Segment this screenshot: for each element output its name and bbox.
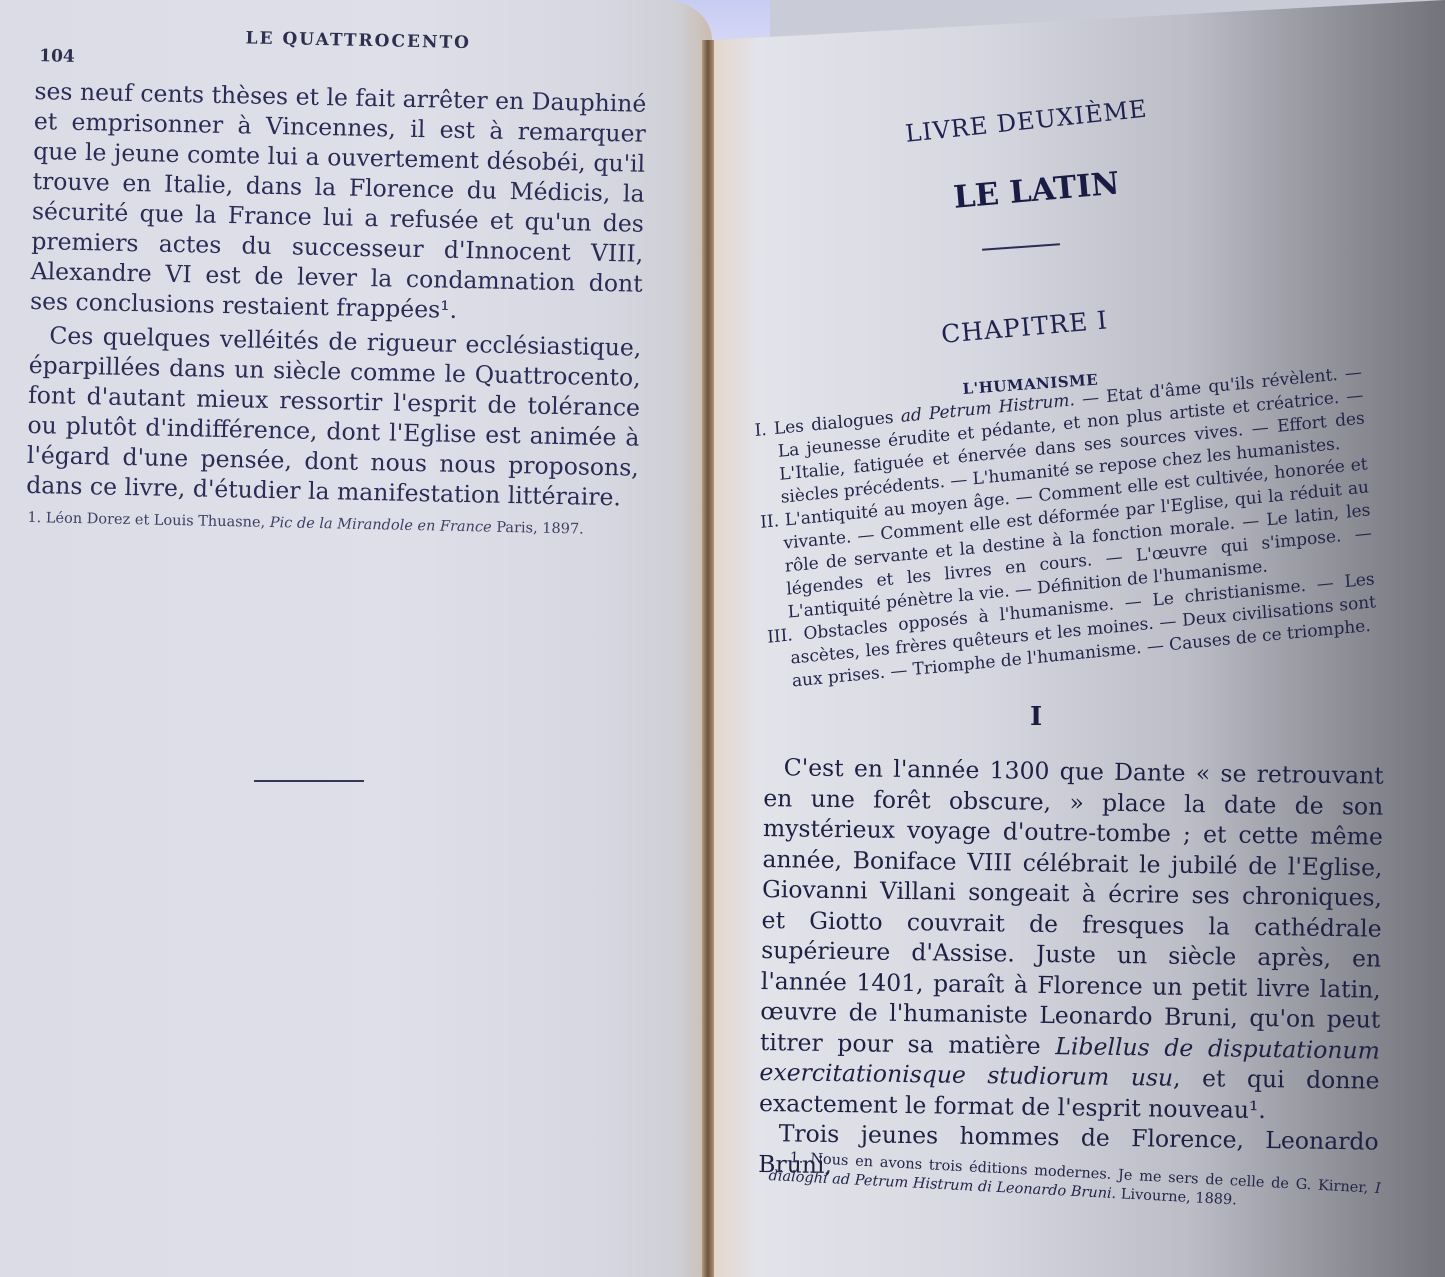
paragraph: C'est en l'année 1300 que Dante « se ret… bbox=[759, 752, 1384, 1127]
book-heading: LIVRE DEUXIÈME bbox=[904, 95, 1149, 148]
footnote-imprint: Paris, 1897. bbox=[496, 520, 584, 538]
footnote-text: . Livourne, 1889. bbox=[1111, 1186, 1237, 1209]
left-footnote: 1. Léon Dorez et Louis Thuasne, Pic de l… bbox=[13, 508, 637, 541]
section-numeral: I bbox=[1030, 702, 1042, 732]
footnote-authors: Léon Dorez et Louis Thuasne, bbox=[46, 510, 266, 531]
paragraph: Ces quelques velléités de rigueur ecclés… bbox=[26, 320, 642, 513]
book-title: LE LATIN bbox=[952, 166, 1121, 216]
title-rule bbox=[982, 243, 1060, 250]
running-head: LE QUATTROCENTO bbox=[245, 28, 471, 53]
left-body-text: ses neuf cents thèses et le fait arrêter… bbox=[26, 76, 647, 513]
right-page: LIVRE DEUXIÈME LE LATIN CHAPITRE I L'HUM… bbox=[714, 0, 1445, 1277]
end-of-chapter-rule bbox=[254, 780, 364, 782]
summary-numeral: II. bbox=[760, 511, 780, 533]
chapter-summary: I. Les dialogues ad Petrum Histrum. — Et… bbox=[754, 362, 1378, 696]
summary-numeral: III. bbox=[767, 625, 794, 647]
summary-numeral: I. bbox=[754, 420, 767, 441]
left-page-content: LE QUATTROCENTO 104 ses neuf cents thèse… bbox=[36, 20, 656, 33]
footnote-marker: 1. bbox=[789, 1150, 804, 1167]
footnote-title: Pic de la Mirandole en France bbox=[270, 515, 492, 536]
chapter-heading: CHAPITRE I bbox=[940, 305, 1109, 348]
paragraph: ses neuf cents thèses et le fait arrêter… bbox=[30, 76, 647, 329]
footnote-marker: 1. bbox=[27, 510, 41, 526]
left-page: LE QUATTROCENTO 104 ses neuf cents thèse… bbox=[0, 0, 712, 1277]
body-text: C'est en l'année 1300 que Dante « se ret… bbox=[760, 753, 1384, 1059]
page-number: 104 bbox=[39, 46, 75, 67]
right-body-text: C'est en l'année 1300 que Dante « se ret… bbox=[758, 752, 1384, 1188]
book-gutter-binding bbox=[702, 40, 716, 1277]
